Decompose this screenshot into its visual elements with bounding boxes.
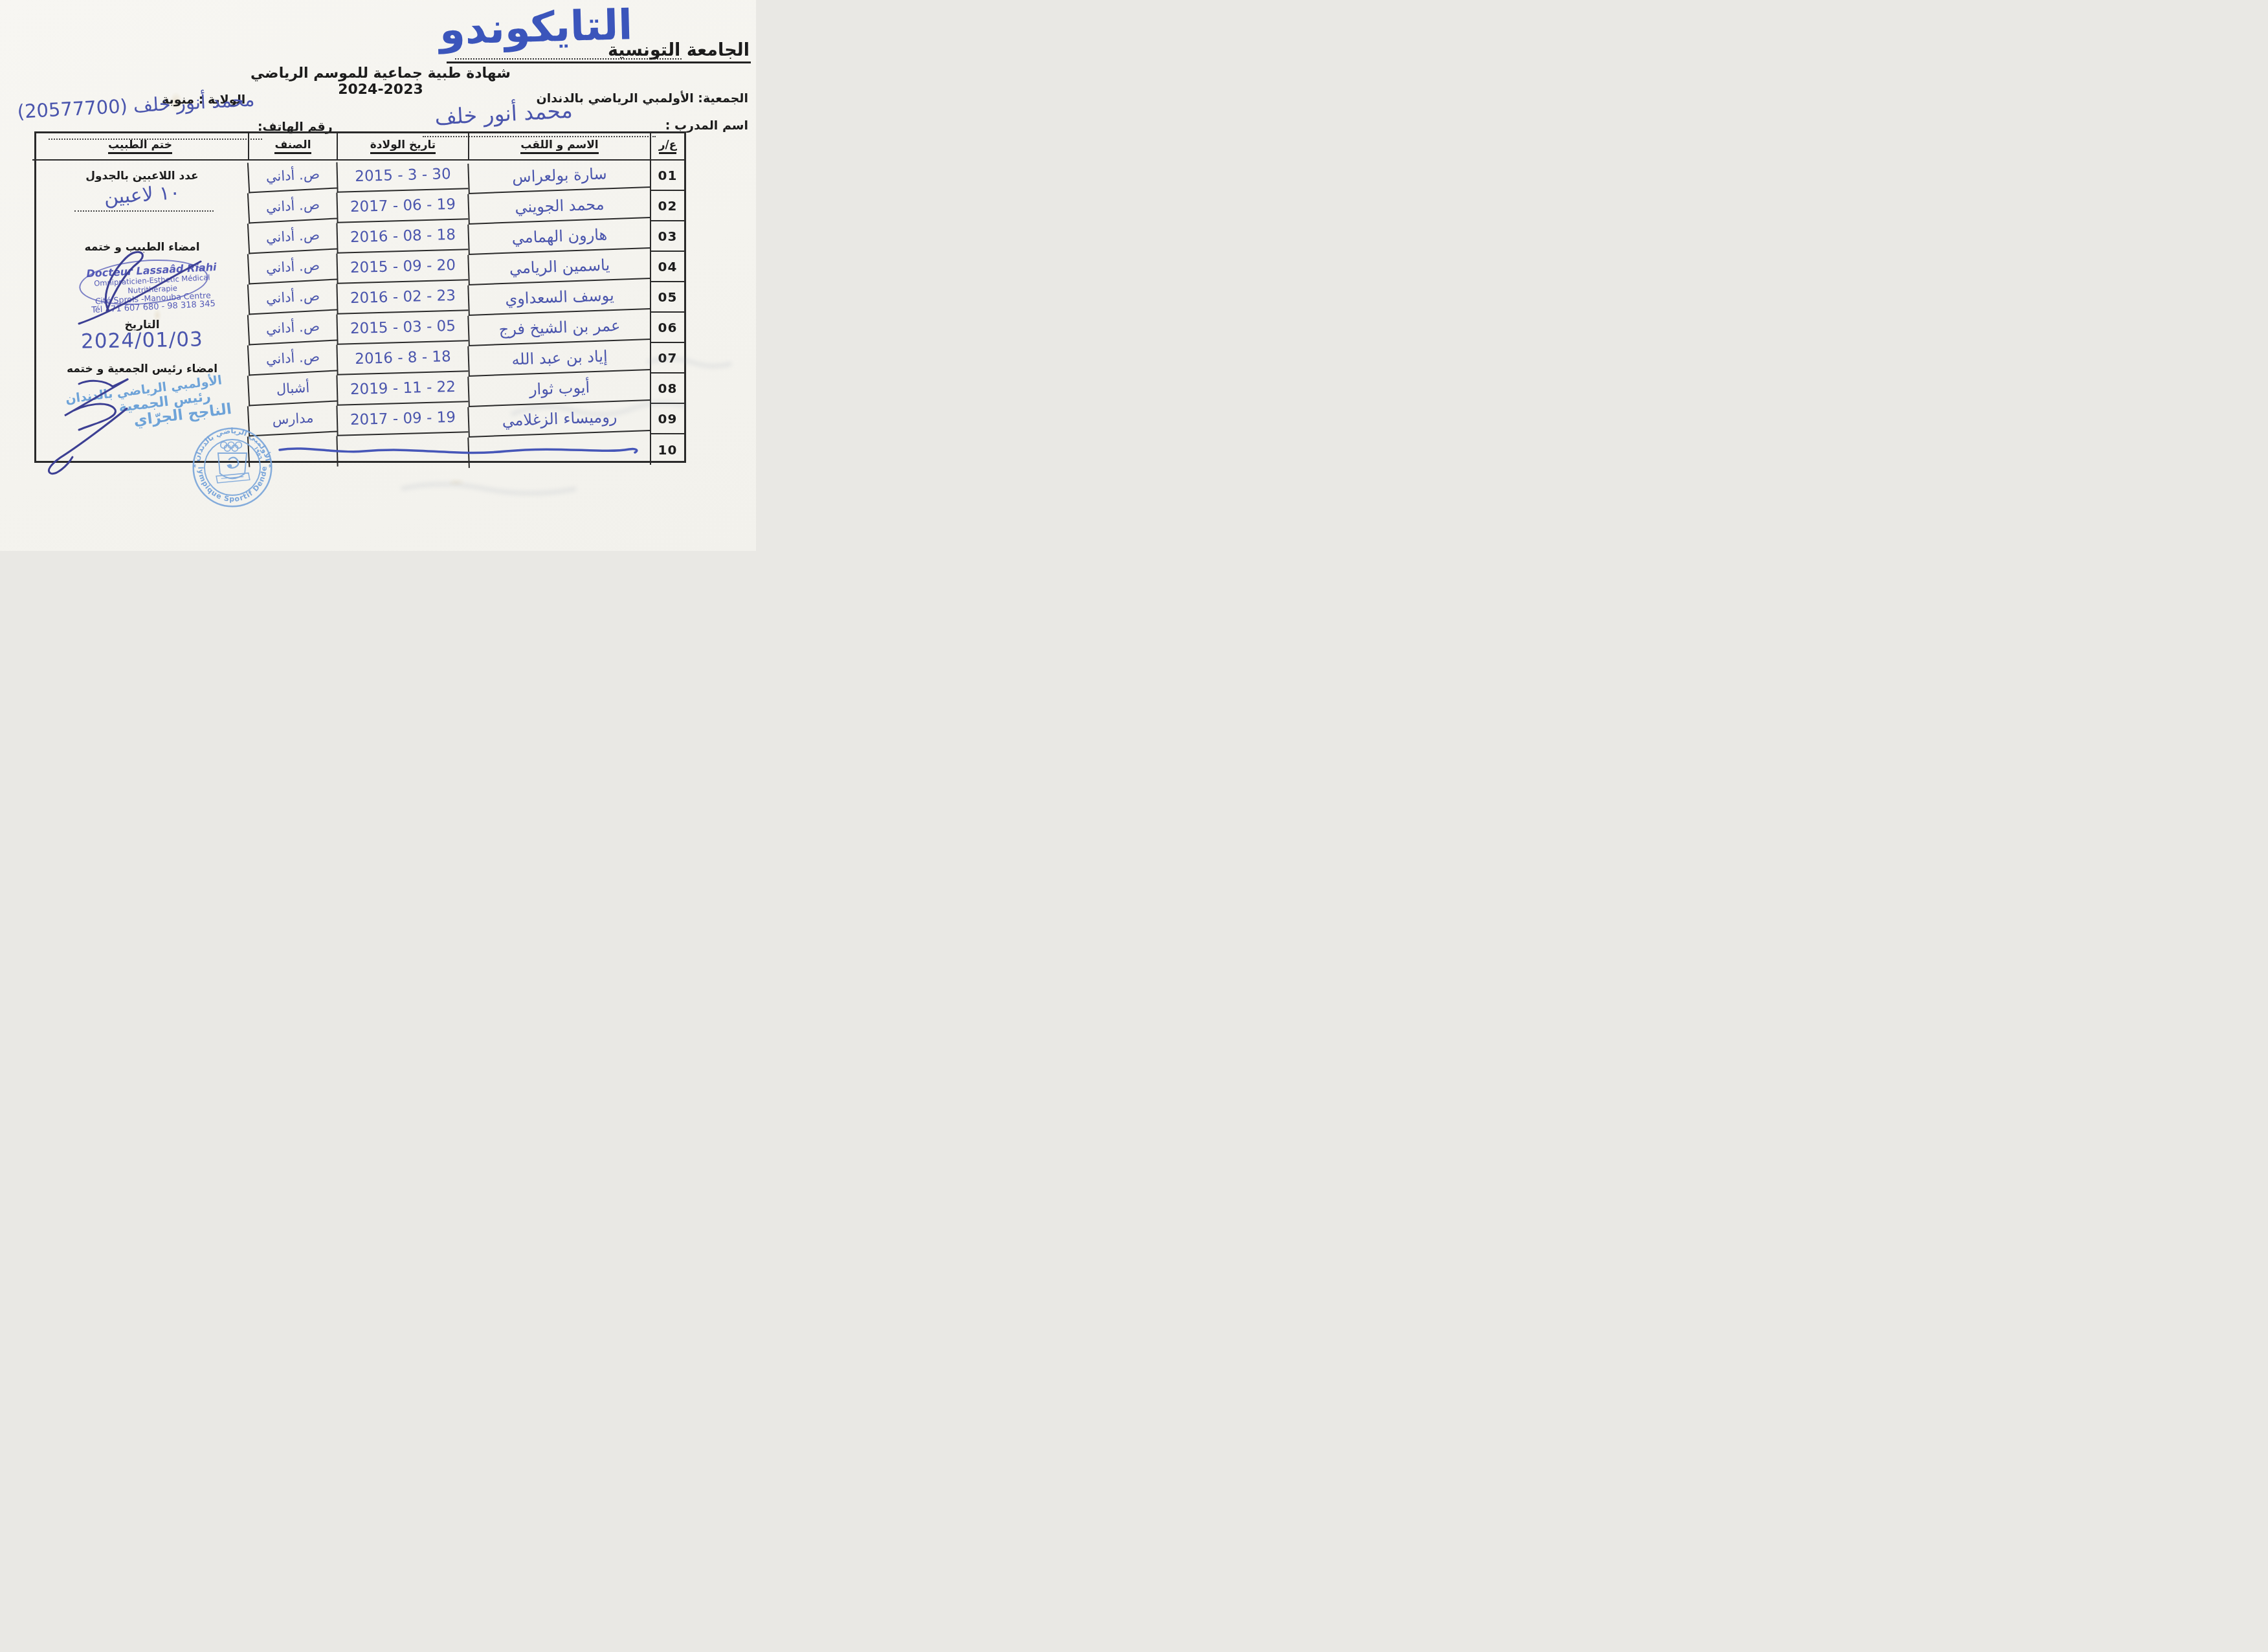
player-name xyxy=(467,431,650,468)
row-index: 08 xyxy=(650,374,684,404)
row-index: 01 xyxy=(650,161,684,191)
player-birthdate: 2016 - 8 - 18 xyxy=(336,341,468,375)
player-category: ص. أداني xyxy=(247,310,337,345)
player-birthdate xyxy=(336,432,468,466)
title-underline xyxy=(447,61,751,63)
col-header-birthdate: تاريخ الولادة xyxy=(337,133,468,161)
row-index: 06 xyxy=(650,313,684,343)
stamp-shield-emblem xyxy=(216,453,250,483)
col-header-name: الاسم و اللقب xyxy=(468,133,650,161)
title-dotted-line xyxy=(455,58,682,60)
player-category: ص. أداني xyxy=(247,219,337,254)
player-category: ص. أداني xyxy=(247,249,337,284)
row-index: 10 xyxy=(650,434,684,465)
doctor-signature-label: امضاء الطبيب و ختمه xyxy=(34,241,250,254)
col-header-name-label: الاسم و اللقب xyxy=(520,139,598,154)
player-birthdate: 2015 - 3 - 30 xyxy=(336,159,468,192)
col-header-index-label: ع/ر xyxy=(659,139,677,154)
row-index: 04 xyxy=(650,252,684,282)
coach-name-label: اسم المدرب : xyxy=(665,118,748,133)
date-handwritten: 2024/01/03 xyxy=(34,327,250,354)
player-birthdate: 2016 - 08 - 18 xyxy=(336,219,468,253)
player-category: ص. أداني xyxy=(247,340,337,375)
player-birthdate: 2017 - 09 - 19 xyxy=(336,402,468,436)
sport-title-handwritten: التايكوندو xyxy=(419,1,653,54)
col-header-category-label: الصنف xyxy=(274,139,311,154)
club-round-stamp: * الأولمبي الرياضي بالدندان * Olympique … xyxy=(189,424,276,511)
doctor-stamp: Docteur Lassaâd Riahi Omnipraticien-Esth… xyxy=(82,261,223,316)
certificate-subtitle: شهادة طبية جماعية للموسم الرياضي 2023-20… xyxy=(228,65,533,98)
player-birthdate: 2017 - 06 - 19 xyxy=(336,189,468,223)
player-category: أشبال xyxy=(247,371,337,406)
stamp-olympic-rings xyxy=(221,442,242,451)
row-index: 09 xyxy=(650,404,684,434)
row-index: 07 xyxy=(650,343,684,374)
coach-name-handwritten: محمد أنور خلف xyxy=(406,96,601,131)
player-birthdate: 2016 - 02 - 23 xyxy=(336,280,468,314)
player-category: ص. أداني xyxy=(247,158,337,193)
player-birthdate: 2019 - 11 - 22 xyxy=(336,372,468,405)
player-category: ص. أداني xyxy=(247,280,337,315)
player-birthdate: 2015 - 03 - 05 xyxy=(336,311,468,344)
row-index: 03 xyxy=(650,221,684,252)
scanned-medical-certificate: الجامعة التونسية التايكوندو شهادة طبية ج… xyxy=(0,0,756,551)
player-category: ص. أداني xyxy=(247,188,337,223)
phone-value-handwritten: محمد أنور خلف (20577700) xyxy=(8,88,263,123)
col-header-category: الصنف xyxy=(248,133,337,161)
player-birthdate: 2015 - 09 - 20 xyxy=(336,250,468,284)
row-index: 05 xyxy=(650,282,684,313)
col-header-doctor-stamp-label: ختم الطبيب xyxy=(108,139,172,154)
players-count-dotted-line xyxy=(74,210,214,212)
col-header-birthdate-label: تاريخ الولادة xyxy=(370,139,436,154)
col-header-index: ع/ر xyxy=(650,133,684,161)
col-header-doctor-stamp: ختم الطبيب xyxy=(32,133,248,161)
row-index: 02 xyxy=(650,191,684,221)
